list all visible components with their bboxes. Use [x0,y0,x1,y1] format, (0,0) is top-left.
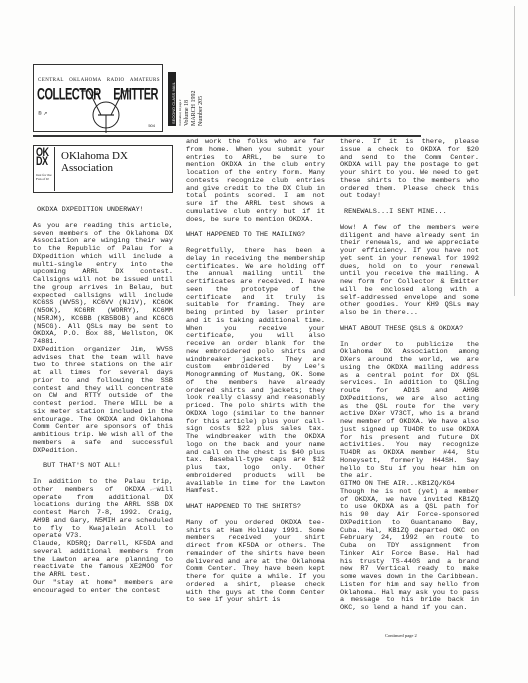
heading-qsls: WHAT ABOUT THESE QSLS & OKDXA? [340,326,479,334]
paragraph: Though he is not (yet) a member of OKDXA… [340,489,479,613]
masthead-org-name: Central Oklahoma Radio Amateurs [38,78,160,83]
volume: Volume 18 [184,100,190,126]
issue-info: SECOND CLASS MAIL Postmarked, 1st page 2… [168,68,218,126]
org-word: Radio [107,78,125,83]
heading-renewals: RENEWALS...I SENT MINE... [340,209,479,217]
masthead-code: 504 [148,123,155,128]
paragraph: Regretfully, there has been a delay in r… [186,248,325,496]
postmark-text: Postmarked, 1st page 2 [179,100,182,126]
paragraph: and work the folks who are far from home… [186,139,325,224]
postmark-note: Postmarked, 1st page 2 [178,76,182,126]
mail-class-text: SECOND CLASS MAIL [171,82,176,124]
arrl-stamp-icon: ® ↗ [38,112,47,117]
okdx-badge-logo: OK DX Just for the Fun of It! [35,147,55,191]
okdxa-name: OKlahoma DX Association [61,150,128,174]
badge-tagline: Just for the Fun of It! [36,173,54,181]
org-word: Amateurs [130,78,160,83]
transistor-symbol-icon [81,87,131,133]
scan-edge-line [514,6,515,296]
okdxa-banner: OK DX Just for the Fun of It! OKlahoma D… [33,145,173,193]
paragraph: Many of you ordered OKDXA tee-shirts at … [186,520,325,605]
column-1: OKDXA DXPEDITION UNDERWAY! As you are re… [33,207,173,595]
okdxa-name-line2: Association [61,162,128,174]
header-divider [33,135,421,137]
org-word: Central [38,78,64,83]
newsletter-page: Central Oklahoma Radio Amateurs COLLECTO… [0,0,528,683]
paragraph: DXPedition organizer Jim, WV5S advises t… [33,347,173,456]
issue-date: MARCH 1992 [191,90,197,126]
paragraph: Claude, KD5RQ; Darrell, KF5DA and severa… [33,541,173,580]
masthead-logo: Central Oklahoma Radio Amateurs COLLECTO… [33,64,163,132]
volume-lines: Volume 18 MARCH 1992 Number 205 [184,78,214,126]
second-class-mail-label: SECOND CLASS MAIL [168,72,176,126]
heading-not-all: BUT THAT'S NOT ALL! [33,463,173,471]
heading-mailing: WHAT HAPPENED TO THE MAILING? [186,232,325,240]
org-word: Oklahoma [69,78,101,83]
paragraph: Our "stay at home" members are encourage… [33,580,173,596]
paragraph: Wow! A few of the members were diligent … [340,225,479,318]
column-2: and work the folks who are far from home… [186,139,325,605]
badge-dx: DX [35,156,54,168]
column-3: there. If it is there, please issue a ch… [340,139,479,613]
okdxa-name-line1: OKlahoma DX [61,150,128,162]
heading-dxpedition: OKDXA DXPEDITION UNDERWAY! [33,207,173,215]
paragraph: As you are reading this article, seven m… [33,223,173,347]
issue-number: Number 205 [198,96,204,126]
paragraph: In order to publicize the Oklahoma DX As… [340,342,479,482]
heading-shirts: WHAT HAPPENED TO THE SHIRTS? [186,504,325,512]
continued-note: Continued page 2 [385,633,417,638]
paragraph: there. If it is there, please issue a ch… [340,139,479,201]
